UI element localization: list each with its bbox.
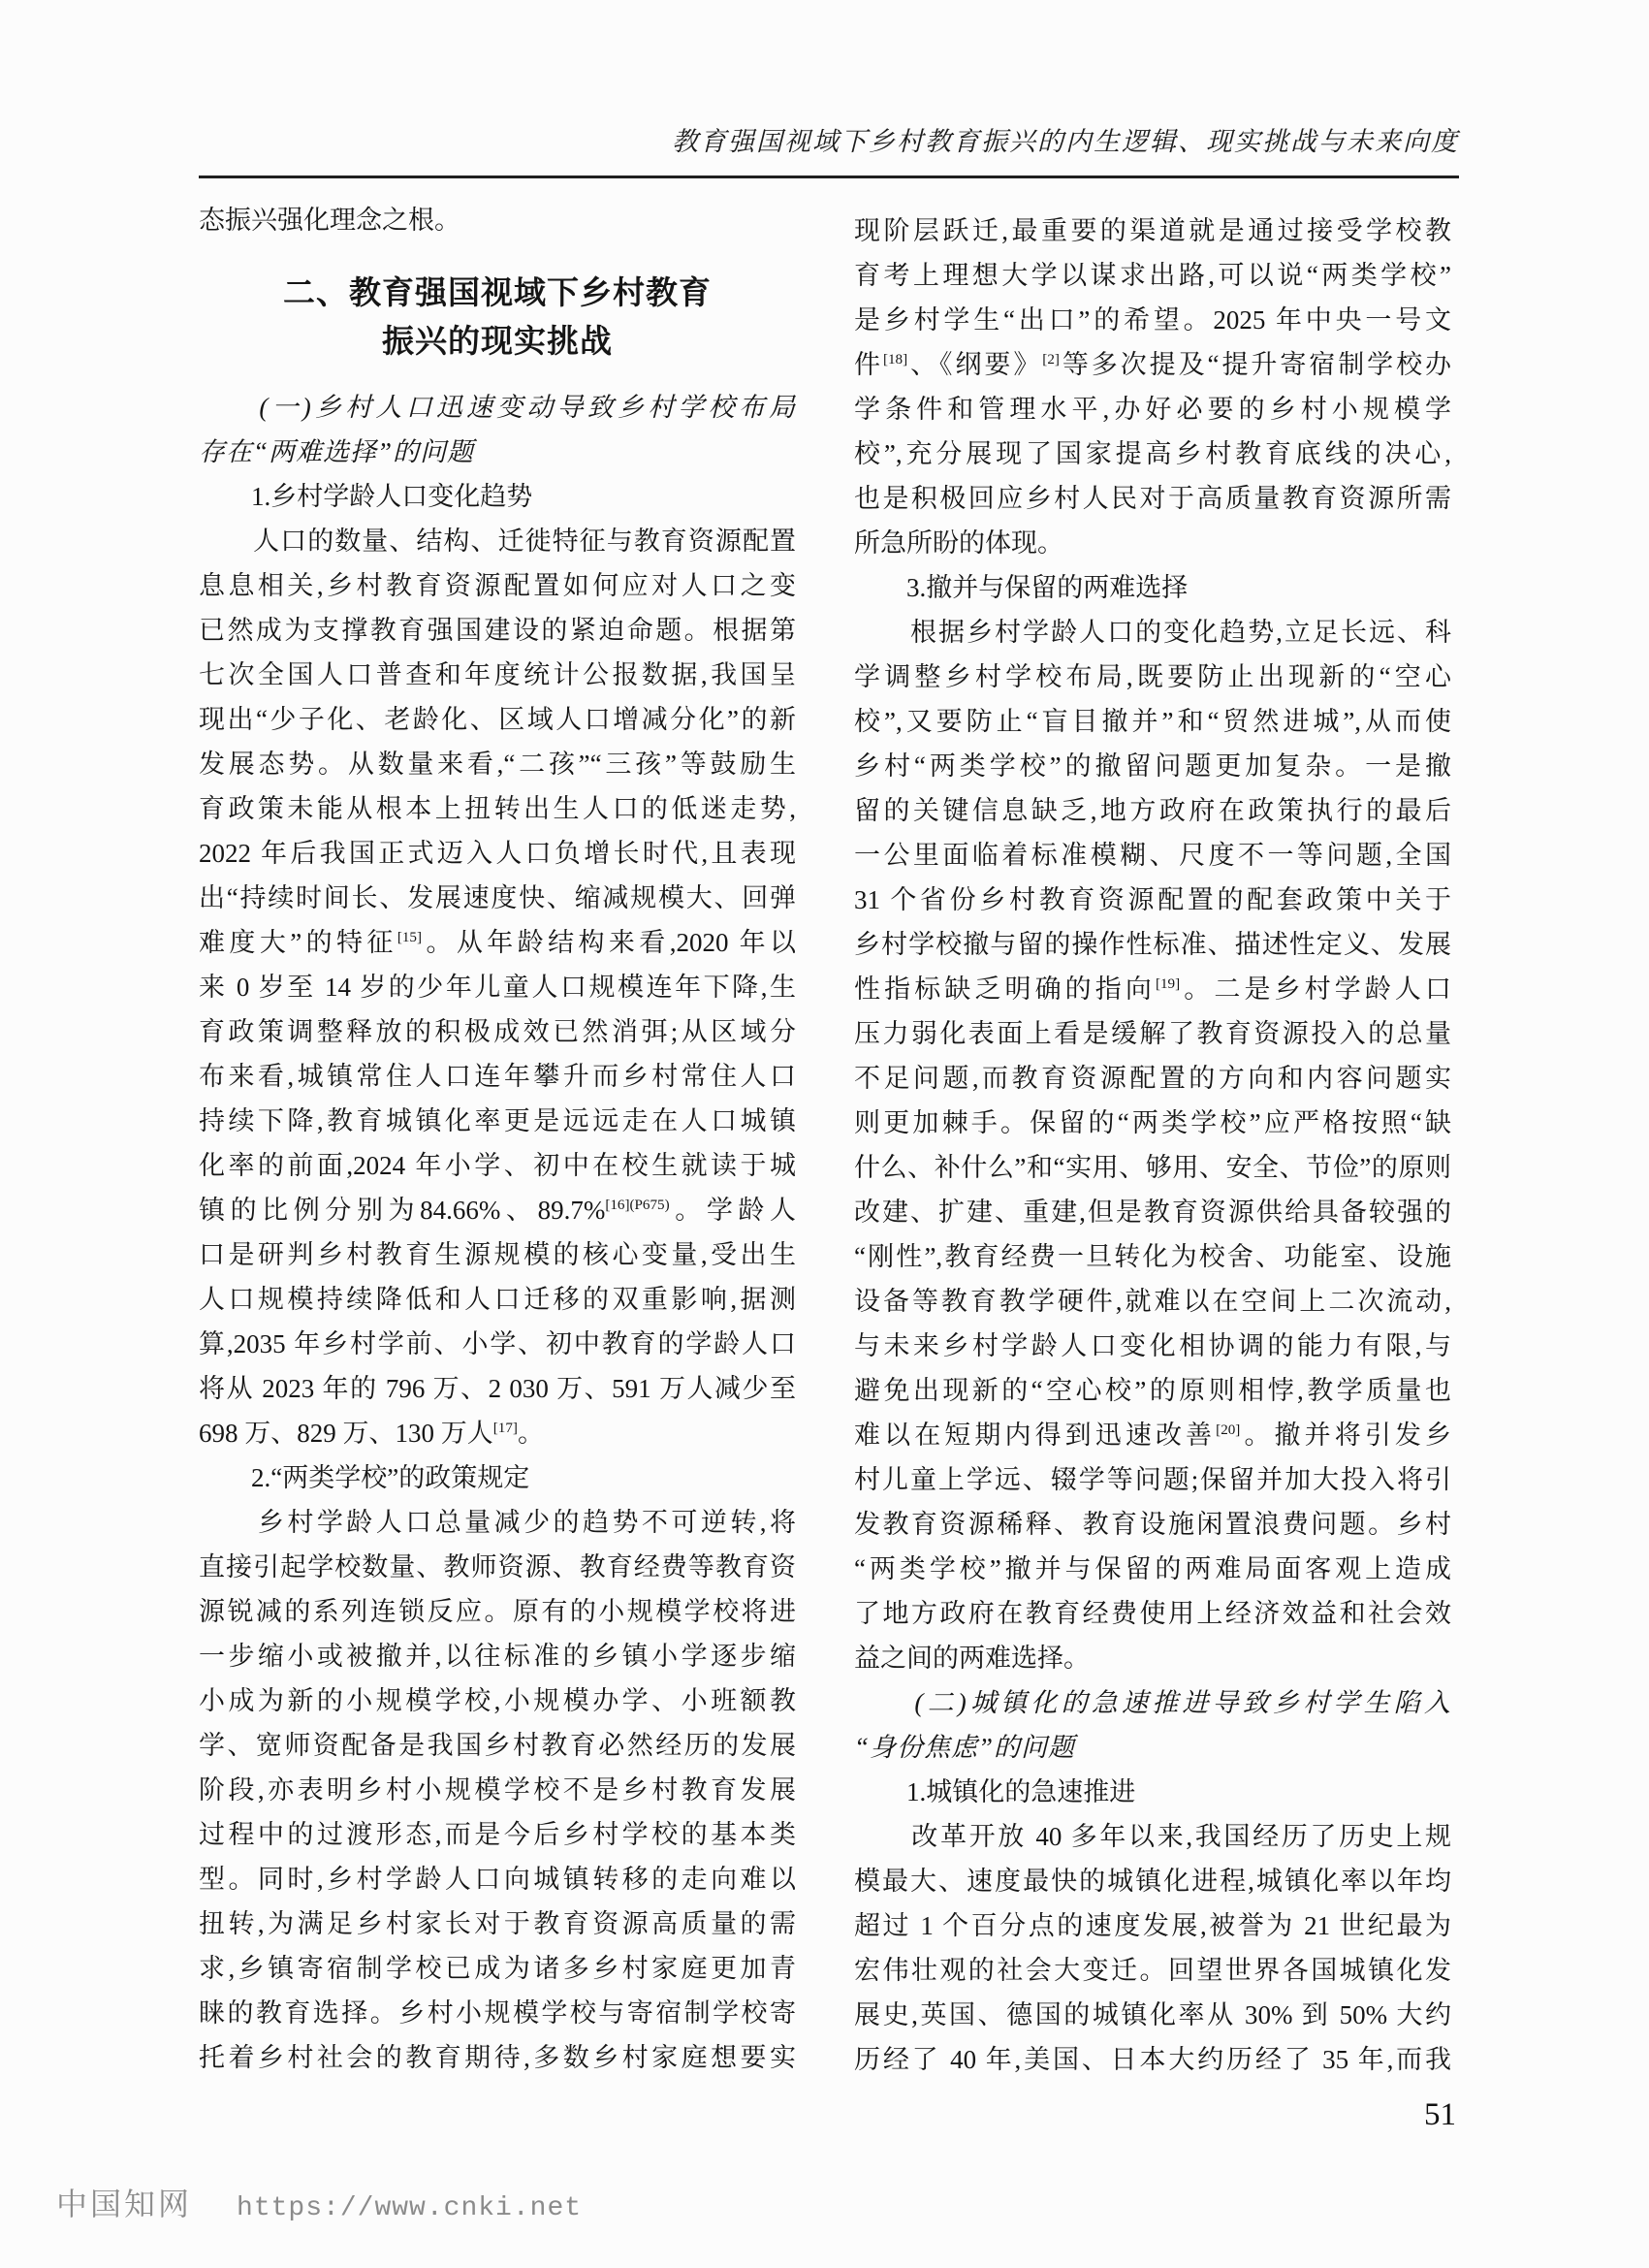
citation-superscript: [19]: [1156, 976, 1180, 992]
text-line: “身份焦虑”的问题: [854, 1725, 1451, 1770]
text-line: 过程中的过渡形态,而是今后乡村学校的基本类: [199, 1812, 796, 1857]
text-line: 现出“少子化、老龄化、区域人口增减分化”的新: [199, 697, 796, 742]
text-line: 难度大”的特征[15]。从年龄结构来看,2020 年以: [199, 920, 796, 965]
citation-superscript: [15]: [397, 930, 422, 945]
text-line: 一步缩小或被撤并,以往标准的乡镇小学逐步缩: [199, 1634, 796, 1678]
text-line: 3.撤并与保留的两难选择: [854, 565, 1451, 610]
text-line: 人口规模持续降低和人口迁移的双重影响,据测: [199, 1277, 796, 1322]
text-line: 村儿童上学远、辍学等问题;保留并加大投入将引: [854, 1457, 1451, 1502]
text-line: 设备等教育教学硬件,就难以在空间上二次流动,: [854, 1279, 1451, 1324]
text-line: 阶段,亦表明乡村小规模学校不是乡村教育发展: [199, 1768, 796, 1812]
text-line: 存在“两难选择”的问题: [199, 430, 796, 474]
text-line: 1.乡村学龄人口变化趋势: [199, 474, 796, 519]
text-line: 与未来乡村学龄人口变化相协调的能力有限,与: [854, 1324, 1451, 1368]
text-line: 乡村学校撤与留的操作性标准、描述性定义、发展: [854, 922, 1451, 967]
scanned-paper-page: 教育强国视域下乡村教育振兴的内生逻辑、现实挑战与未来向度 态振兴强化理念之根。二…: [0, 0, 1649, 2268]
text-line: 改革开放 40 多年以来,我国经历了历史上规: [854, 1814, 1451, 1859]
running-header: 教育强国视域下乡村教育振兴的内生逻辑、现实挑战与未来向度: [199, 122, 1459, 161]
text-line: “刚性”,教育经费一旦转化为校舍、功能室、设施: [854, 1234, 1451, 1279]
header-rule: [199, 176, 1459, 178]
text-line: 展史,英国、德国的城镇化率从 30% 到 50% 大约: [854, 1993, 1451, 2037]
text-line: 模最大、速度最快的城镇化进程,城镇化率以年均: [854, 1859, 1451, 1903]
text-line: 小成为新的小规模学校,小规模办学、小班额教: [199, 1678, 796, 1723]
text-line: 口是研判乡村教育生源规模的核心变量,受出生: [199, 1232, 796, 1277]
text-line: 出“持续时间长、发展速度快、缩减规模大、回弹: [199, 876, 796, 920]
text-line: 态振兴强化理念之根。: [199, 198, 796, 242]
text-line: 化率的前面,2024 年小学、初中在校生就读于城: [199, 1143, 796, 1188]
text-line: 扭转,为满足乡村家长对于教育资源高质量的需: [199, 1901, 796, 1946]
text-line: (二)城镇化的急速推进导致乡村学生陷入: [854, 1680, 1451, 1725]
text-line: 一公里面临着标准模糊、尺度不一等问题,全国: [854, 833, 1451, 878]
text-line: 压力弱化表面上看是缓解了教育资源投入的总量: [854, 1011, 1451, 1056]
text-line: 乡村学龄人口总量减少的趋势不可逆转,将: [199, 1500, 796, 1545]
text-line: 人口的数量、结构、迁徙特征与教育资源配置: [199, 519, 796, 563]
text-line: 托着乡村社会的教育期待,多数乡村家庭想要实: [199, 2035, 796, 2080]
article-body: 态振兴强化理念之根。二、教育强国视域下乡村教育振兴的现实挑战 (一)乡村人口迅速…: [199, 198, 1459, 2082]
text-line: 了地方政府在教育经费使用上经济效益和社会效: [854, 1591, 1451, 1636]
text-line: (一)乡村人口迅速变动导致乡村学校布局: [199, 385, 796, 430]
text-line: 留的关键信息缺乏,地方政府在政策执行的最后: [854, 788, 1451, 833]
text-line: 698 万、829 万、130 万人[17]。: [199, 1411, 796, 1455]
text-line: 求,乡镇寄宿制学校已成为诸多乡村家庭更加青: [199, 1946, 796, 1991]
text-line: 什么、补什么”和“实用、够用、安全、节俭”的原则: [854, 1145, 1451, 1190]
text-line: 31 个省份乡村教育资源配置的配套政策中关于: [854, 878, 1451, 922]
text-line: 现阶层跃迁,最重要的渠道就是通过接受学校教: [854, 208, 1451, 253]
text-line: 学调整乡村学校布局,既要防止出现新的“空心: [854, 655, 1451, 699]
text-line: 超过 1 个百分点的速度发展,被誉为 21 世纪最为: [854, 1903, 1451, 1948]
text-line: 镇的比例分别为84.66%、89.7%[16](P675)。学龄人: [199, 1188, 796, 1232]
text-line: 1.城镇化的急速推进: [854, 1770, 1451, 1814]
text-line: 也是积极回应乡村人民对于高质量教育资源所需: [854, 476, 1451, 521]
text-line: 将从 2023 年的 796 万、2 030 万、591 万人减少至: [199, 1366, 796, 1411]
text-line: 振兴的现实挑战: [199, 317, 796, 366]
text-line: 历经了 40 年,美国、日本大约历经了 35 年,而我: [854, 2037, 1451, 2082]
right-column: 现阶层跃迁,最重要的渠道就是通过接受学校教育考上理想大学以谋求出路,可以说“两类…: [854, 198, 1451, 2082]
text-line: 则更加棘手。保留的“两类学校”应严格按照“缺: [854, 1101, 1451, 1145]
citation-superscript: [18]: [883, 352, 907, 367]
text-line: 难以在短期内得到迅速改善[20]。撤并将引发乡: [854, 1413, 1451, 1457]
text-line: 所急所盼的体现。: [854, 521, 1451, 565]
cnki-brand-text: 中国知网: [56, 2187, 192, 2221]
text-line: 改建、扩建、重建,但是教育资源供给具备较强的: [854, 1190, 1451, 1234]
text-line: 已然成为支撑教育强国建设的紧迫命题。根据第: [199, 608, 796, 653]
text-line: 宏伟壮观的社会大变迁。回望世界各国城镇化发: [854, 1948, 1451, 1993]
page-number: 51: [199, 2092, 1456, 2137]
citation-superscript: [17]: [493, 1421, 518, 1436]
text-line: 乡村“两类学校”的撤留问题更加复杂。一是撤: [854, 744, 1451, 788]
cnki-watermark: 中国知网 https://www.cnki.net: [56, 2180, 582, 2224]
text-line: 性指标缺乏明确的指向[19]。二是乡村学龄人口: [854, 967, 1451, 1011]
text-line: 二、教育强国视域下乡村教育: [199, 269, 796, 317]
text-line: 不足问题,而教育资源配置的方向和内容问题实: [854, 1056, 1451, 1101]
text-line: 2.“两类学校”的政策规定: [199, 1455, 796, 1500]
text-line: 型。同时,乡村学龄人口向城镇转移的走向难以: [199, 1857, 796, 1901]
text-line: 来 0 岁至 14 岁的少年儿童人口规模连年下降,生: [199, 965, 796, 1009]
text-line: 育政策未能从根本上扭转出生人口的低迷走势,: [199, 786, 796, 831]
text-line: 睐的教育选择。乡村小规模学校与寄宿制学校寄: [199, 1991, 796, 2035]
text-line: 源锐减的系列连锁反应。原有的小规模学校将进: [199, 1589, 796, 1634]
citation-superscript: [2]: [1042, 352, 1060, 367]
text-line: 发教育资源稀释、教育设施闲置浪费问题。乡村: [854, 1502, 1451, 1547]
cnki-url-text: https://www.cnki.net: [237, 2193, 582, 2223]
text-line: 避免出现新的“空心校”的原则相悖,教学质量也: [854, 1368, 1451, 1413]
citation-superscript: [20]: [1216, 1422, 1240, 1438]
text-line: 是乡村学生“出口”的希望。2025 年中央一号文: [854, 298, 1451, 342]
text-line: 2022 年后我国正式迈入人口负增长时代,且表现: [199, 831, 796, 876]
text-line: 益之间的两难选择。: [854, 1636, 1451, 1680]
text-line: 布来看,城镇常住人口连年攀升而乡村常住人口: [199, 1054, 796, 1099]
text-line: 育政策调整释放的积极成效已然消弭;从区域分: [199, 1009, 796, 1054]
text-line: 息息相关,乡村教育资源配置如何应对人口之变: [199, 563, 796, 608]
text-line: 持续下降,教育城镇化率更是远远走在人口城镇: [199, 1099, 796, 1143]
text-line: 直接引起学校数量、教师资源、教育经费等教育资: [199, 1545, 796, 1589]
text-line: 七次全国人口普查和年度统计公报数据,我国呈: [199, 653, 796, 697]
citation-superscript: [16](P675): [605, 1198, 669, 1213]
text-line: 育考上理想大学以谋求出路,可以说“两类学校”: [854, 253, 1451, 298]
text-line: 学、宽师资配备是我国乡村教育必然经历的发展: [199, 1723, 796, 1768]
text-line: 发展态势。从数量来看,“二孩”“三孩”等鼓励生: [199, 742, 796, 786]
text-line: “两类学校”撤并与保留的两难局面客观上造成: [854, 1547, 1451, 1591]
text-line: 算,2035 年乡村学前、小学、初中教育的学龄人口: [199, 1322, 796, 1366]
text-line: 校”,又要防止“盲目撤并”和“贸然进城”,从而使: [854, 699, 1451, 744]
text-line: 根据乡村学龄人口的变化趋势,立足长远、科: [854, 610, 1451, 655]
left-column: 态振兴强化理念之根。二、教育强国视域下乡村教育振兴的现实挑战 (一)乡村人口迅速…: [199, 198, 796, 2080]
text-line: 校”,充分展现了国家提高乡村教育底线的决心,: [854, 431, 1451, 476]
text-line: 学条件和管理水平,办好必要的乡村小规模学: [854, 387, 1451, 431]
text-line: 件[18]、《纲要》[2]等多次提及“提升寄宿制学校办: [854, 342, 1451, 387]
